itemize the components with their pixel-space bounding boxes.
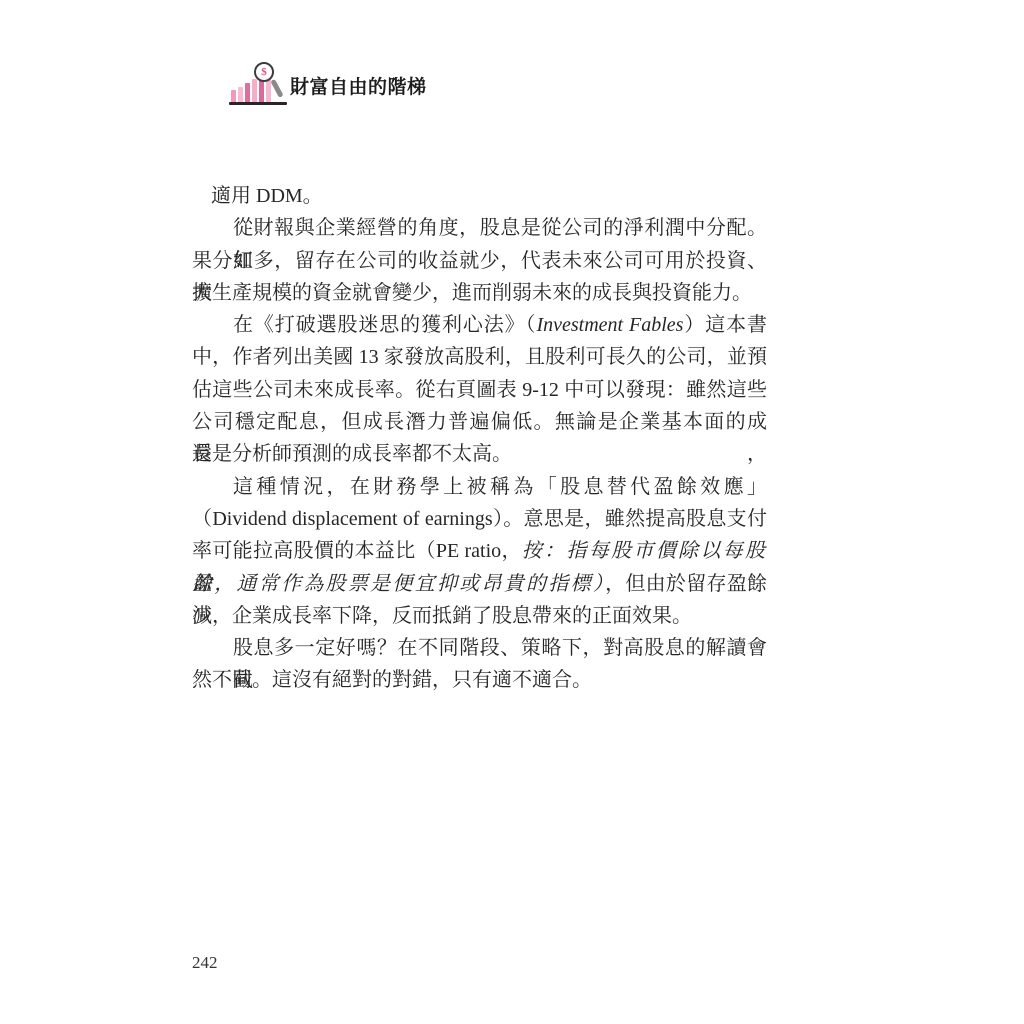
text-run: ， [501,540,522,562]
text-line: 從財報與企業經營的角度，股息是從公司的淨利潤中分配。如 [192,212,767,244]
text-run: 9-12 [522,379,559,401]
book-page: $ 財富自由的階梯 適用 DDM。從財報與企業經營的角度，股息是從公司的淨利潤中… [0,0,1024,1024]
text-line: 這種情況，在財務學上被稱為「股息替代盈餘效應」 [192,471,767,503]
text-line: 適用 DDM。 [192,180,767,212]
page-header: $ 財富自由的階梯 [0,0,1024,130]
text-run: 適用 [211,185,256,207]
bar [245,83,250,102]
text-run: 然不同。這沒有絕對的對錯，只有適不適合。 [192,669,592,691]
chart-baseline [229,102,287,105]
text-run: 。 [303,185,323,207]
text-line: 餘，通常作為股票是便宜抑或昂貴的指標），但由於留存盈餘減 [192,568,767,600]
brand-logo: $ [229,61,287,105]
text-run: Investment Fables [536,314,683,336]
text-run: 這種情況，在財務學上被稱為「股息替代盈餘效應」 [233,476,767,498]
magnifier-handle [270,79,283,98]
text-run: 中可以發現：雖然這些 [559,379,767,401]
magnifier-icon: $ [254,62,274,82]
text-line: 大生產規模的資金就會變少，進而削弱未來的成長與投資能力。 [192,277,767,309]
text-line: 股息多一定好嗎？在不同階段、策略下，對高股息的解讀會截 [192,632,767,664]
text-line: 果分紅多，留存在公司的收益就少，代表未來公司可用於投資、擴 [192,245,767,277]
text-run: 在《打破選股迷思的獲利心法》（ [233,314,536,336]
bar [238,87,243,102]
text-run: PE ratio [436,540,501,562]
text-run: Dividend displacement of earnings [212,508,492,530]
text-run: 少，企業成長率下降，反而抵銷了股息帶來的正面效果。 [192,605,692,627]
page-number: 242 [192,952,218,974]
text-line: 估這些公司未來成長率。從右頁圖表 9-12 中可以發現：雖然這些 [192,374,767,406]
text-line: 少，企業成長率下降，反而抵銷了股息帶來的正面效果。 [192,600,767,632]
text-run: （ [192,508,212,530]
text-line: 然不同。這沒有絕對的對錯，只有適不適合。 [192,664,767,696]
bar [252,79,257,102]
text-run: 中，作者列出美國 [192,346,359,368]
text-run: 大生產規模的資金就會變少，進而削弱未來的成長與投資能力。 [192,282,752,304]
text-line: 在《打破選股迷思的獲利心法》（Investment Fables）這本書 [192,309,767,341]
text-run: 13 [359,346,379,368]
bar [231,90,236,102]
body-text: 適用 DDM。從財報與企業經營的角度，股息是從公司的淨利潤中分配。如果分紅多，留… [192,180,767,697]
text-run: 率可能拉高股價的本益比（ [192,540,436,562]
text-run: 估這些公司未來成長率。從右頁圖表 [192,379,522,401]
text-run: 餘，通常作為股票是便宜抑或昂貴的指標） [192,573,605,595]
text-run: ）這本書 [683,314,767,336]
text-line: 公司穩定配息，但成長潛力普遍偏低。無論是企業基本面的成長， [192,406,767,438]
text-run: 還是分析師預測的成長率都不太高。 [192,443,512,465]
dollar-sign-icon: $ [261,67,267,78]
text-run: ）。意思是，雖然提高股息支付 [493,508,767,530]
text-line: 中，作者列出美國 13 家發放高股利，且股利可長久的公司，並預 [192,341,767,373]
book-title: 財富自由的階梯 [290,76,427,100]
text-run: DDM [256,185,303,207]
text-line: （Dividend displacement of earnings）。意思是，… [192,503,767,535]
text-run: 家發放高股利，且股利可長久的公司，並預 [379,346,767,368]
text-line: 率可能拉高股價的本益比（PE ratio，按：指每股市價除以每股盈 [192,535,767,567]
